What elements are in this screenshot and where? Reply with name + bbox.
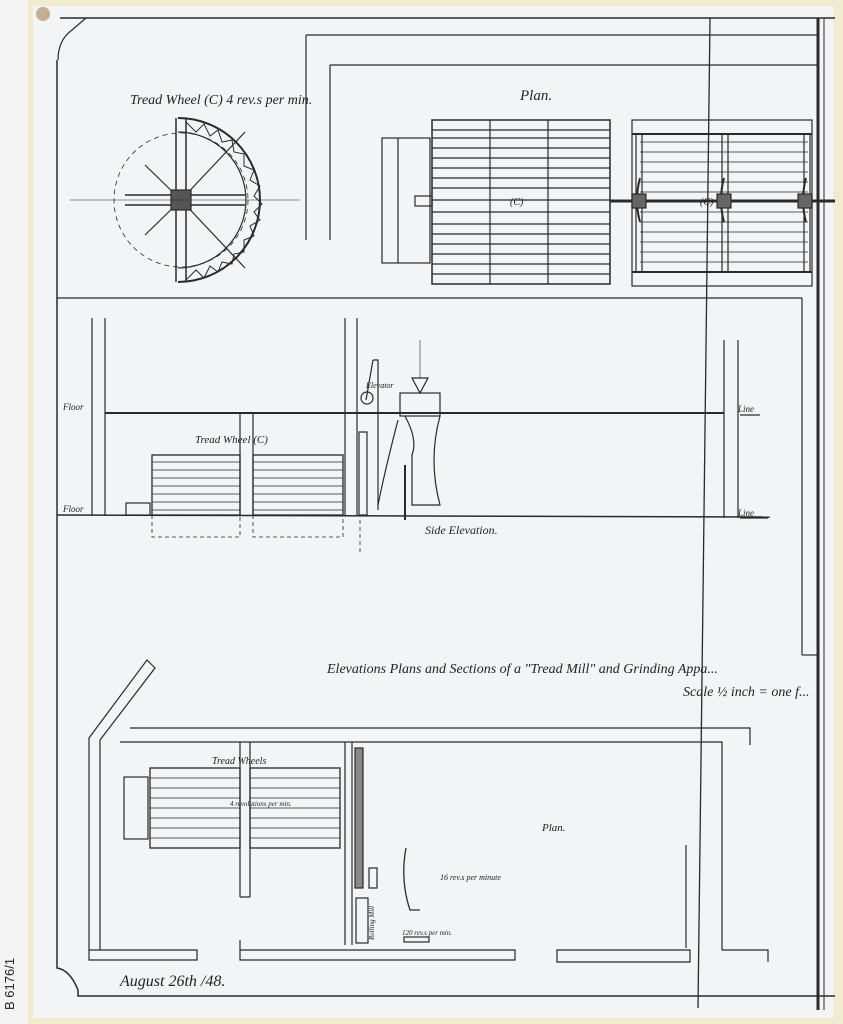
label-bottom-rev: 4 revolutions per min. — [230, 800, 292, 808]
side-elevation-section — [57, 318, 770, 555]
title-line-1: Elevations Plans and Sections of a "Trea… — [326, 662, 718, 677]
title-line-2: Scale ½ inch = one f... — [683, 685, 809, 700]
label-wheel-c2: (C) — [700, 197, 714, 208]
label-line-upper: Line — [737, 404, 754, 414]
label-side-elevation: Side Elevation. — [425, 523, 498, 537]
label-tread-wheel-title: Tread Wheel (C) 4 rev.s per min. — [130, 93, 312, 108]
label-rev-per-min-2: 120 rev.s per min. — [402, 929, 452, 937]
label-floor-upper: Floor — [62, 402, 84, 412]
plan-tread-wheel-c — [382, 120, 835, 284]
tread-wheel-side-view — [70, 118, 300, 282]
technical-drawing: Tread Wheel (C) 4 rev.s per min. Plan. (… — [0, 0, 843, 1024]
label-top-plan: Plan. — [519, 88, 552, 104]
label-elevator: Elevator — [365, 381, 394, 390]
label-tread-wheels: Tread Wheels — [212, 756, 266, 767]
drawing-date: August 26th /48. — [119, 973, 225, 990]
label-wheel-c: (C) — [510, 197, 524, 208]
bottom-plan — [89, 660, 768, 962]
label-floor-lower: Floor — [62, 504, 84, 514]
label-bottom-plan: Plan. — [541, 822, 566, 834]
label-rev-per-minute: 16 rev.s per minute — [440, 873, 501, 882]
plan-tread-wheel-second — [632, 120, 812, 286]
label-line-lower: Line — [737, 508, 754, 518]
label-rolling-mill: Rolling Mill — [368, 906, 376, 941]
label-mid-tread-wheel: Tread Wheel (C) — [195, 434, 268, 446]
